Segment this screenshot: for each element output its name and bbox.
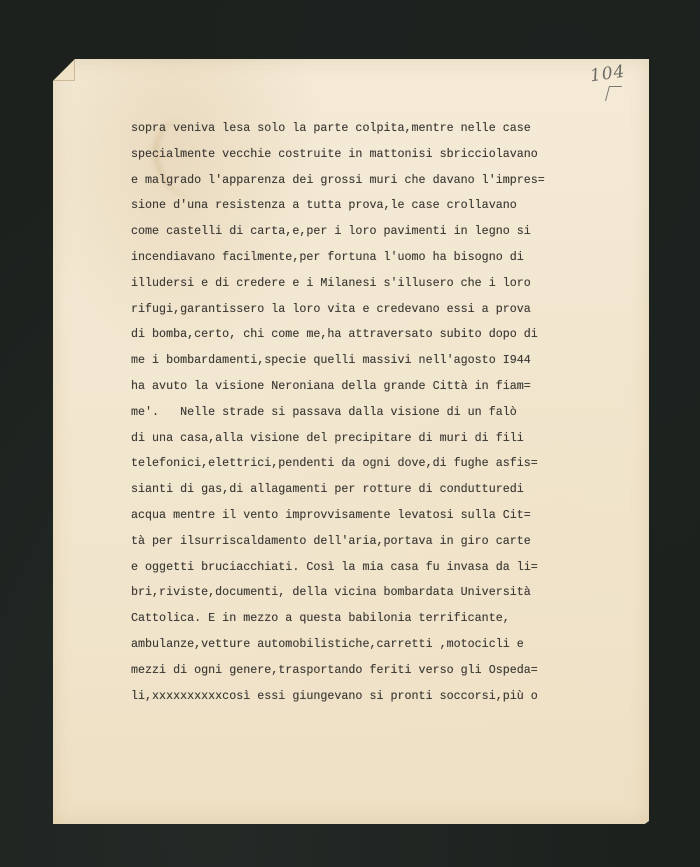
- text-line: incendiavano facilmente,per fortuna l'uo…: [131, 248, 545, 274]
- text-line: tà per ilsurriscaldamento dell'aria,port…: [131, 532, 545, 558]
- text-line: bri,riviste,documenti, della vicina bomb…: [131, 583, 545, 609]
- text-line: sopra veniva lesa solo la parte colpita,…: [131, 119, 545, 145]
- text-line: Cattolica. E in mezzo a questa babilonia…: [131, 609, 545, 635]
- text-line: sione d'una resistenza a tutta prova,le …: [131, 196, 545, 222]
- text-line: me i bombardamenti,specie quelli massivi…: [131, 351, 545, 377]
- text-line: di bomba,certo, chi come me,ha attravers…: [131, 325, 545, 351]
- text-line: acqua mentre il vento improvvisamente le…: [131, 506, 545, 532]
- text-line: li,xxxxxxxxxxcosì essi giungevano si pro…: [131, 687, 545, 713]
- text-line: rifugi,garantissero la loro vita e crede…: [131, 300, 545, 326]
- text-line: di una casa,alla visione del precipitare…: [131, 429, 545, 455]
- text-line: ambulanze,vetture automobilistiche,carre…: [131, 635, 545, 661]
- text-line: mezzi di ogni genere,trasportando feriti…: [131, 661, 545, 687]
- text-line: e oggetti bruciacchiati. Così la mia cas…: [131, 558, 545, 584]
- text-line: sianti di gas,di allagamenti per rotture…: [131, 480, 545, 506]
- text-line: telefonici,elettrici,pendenti da ogni do…: [131, 454, 545, 480]
- text-line: me'. Nelle strade si passava dalla visio…: [131, 403, 545, 429]
- text-line: e malgrado l'apparenza dei grossi muri c…: [131, 171, 545, 197]
- text-line: come castelli di carta,e,per i loro pavi…: [131, 222, 545, 248]
- text-line: ha avuto la visione Neroniana della gran…: [131, 377, 545, 403]
- typescript-body: sopra veniva lesa solo la parte colpita,…: [131, 119, 545, 712]
- text-line: illudersi e di credere e i Milanesi s'il…: [131, 274, 545, 300]
- text-line: specialmente vecchie costruite in matton…: [131, 145, 545, 171]
